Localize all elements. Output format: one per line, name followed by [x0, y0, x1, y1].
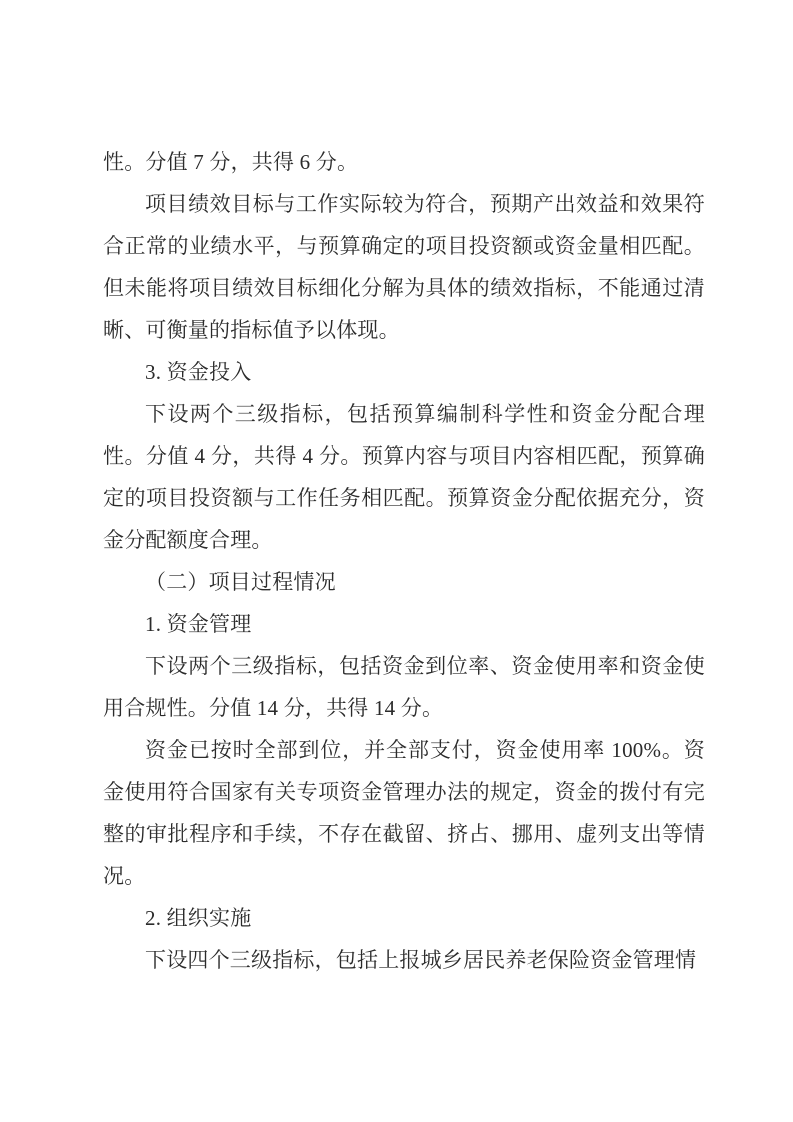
document-body: 性。分值 7 分，共得 6 分。 项目绩效目标与工作实际较为符合，预期产出效益和… — [103, 141, 705, 981]
heading-section-project-process: （二）项目过程情况 — [103, 561, 705, 603]
heading-1-fund-management: 1. 资金管理 — [103, 603, 705, 645]
heading-2-organization-implementation: 2. 组织实施 — [103, 897, 705, 939]
paragraph-performance-target: 项目绩效目标与工作实际较为符合，预期产出效益和效果符合正常的业绩水平，与预算确定… — [103, 183, 705, 351]
paragraph-organization-indicators-truncated: 下设四个三级指标，包括上报城乡居民养老保险资金管理情 — [103, 939, 705, 981]
paragraph-score-continuation: 性。分值 7 分，共得 6 分。 — [103, 141, 705, 183]
heading-3-capital-input: 3. 资金投入 — [103, 351, 705, 393]
document-page: 性。分值 7 分，共得 6 分。 项目绩效目标与工作实际较为符合，预期产出效益和… — [0, 0, 793, 1122]
paragraph-fund-usage-compliance: 资金已按时全部到位，并全部支付，资金使用率 100%。资金使用符合国家有关专项资… — [103, 729, 705, 897]
paragraph-fund-management-indicators: 下设两个三级指标，包括资金到位率、资金使用率和资金使用合规性。分值 14 分，共… — [103, 645, 705, 729]
paragraph-capital-input-detail: 下设两个三级指标，包括预算编制科学性和资金分配合理性。分值 4 分，共得 4 分… — [103, 393, 705, 561]
